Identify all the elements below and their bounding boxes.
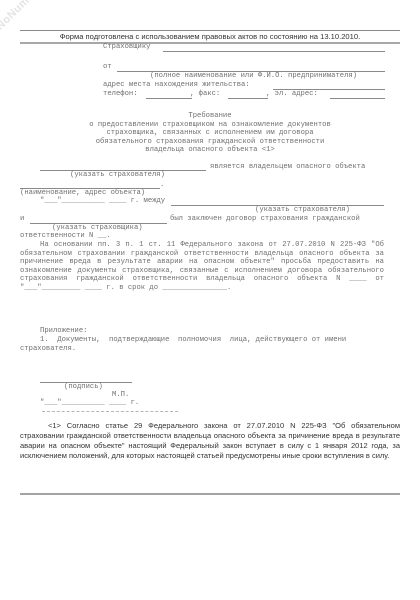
and-label: и: [20, 215, 24, 224]
watermark: NoNumber.ru: [0, 0, 56, 32]
signature-date[interactable]: "___"__________ ____ г.: [40, 399, 139, 408]
title-line-4: владельца опасного объекта <1>: [20, 146, 400, 155]
request-paragraph: На основании пп. 3 п. 1 ст. 11 Федеральн…: [20, 241, 384, 293]
email-label: , эл. адрес:: [266, 90, 318, 99]
policyholder-hint: (указать страхователя): [70, 171, 165, 180]
footnote-separator: [42, 411, 178, 412]
header-top-rule: [20, 30, 400, 31]
attachment-item-1-cont: страхователя.: [20, 345, 76, 354]
policyholder-hint-2: (указать страхователя): [255, 206, 350, 215]
header-notice: Форма подготовлена с использованием прав…: [20, 32, 400, 41]
bottom-rule: [20, 493, 400, 495]
phone-field[interactable]: [146, 98, 192, 99]
from-hint: (полное наименование или Ф.И.О. предприн…: [150, 72, 357, 81]
attachment-item-1: 1. Документы, подтверждающие полномочия …: [40, 336, 346, 345]
object-period: .: [160, 181, 164, 190]
contract-date[interactable]: "___"__________ ____ г. между: [40, 197, 165, 206]
address-label: адрес места нахождения жительства:: [103, 81, 250, 90]
to-label: Страховщику: [103, 43, 150, 52]
fax-field[interactable]: [228, 98, 268, 99]
title-line-2: страховщика, связанных с исполнением им …: [20, 129, 400, 138]
contract-text: был заключен договор страхования граждан…: [170, 215, 360, 224]
liability-text: ответственности N __.: [20, 232, 111, 241]
document-heading: Требование: [20, 112, 400, 121]
header-bottom-rule: [20, 42, 400, 44]
signature-hint: (подпись): [64, 383, 103, 392]
from-label: от: [103, 63, 112, 72]
email-field[interactable]: [330, 98, 385, 99]
attachment-label: Приложение:: [40, 327, 87, 336]
fax-label: , факс:: [190, 90, 220, 99]
phone-label: телефон:: [103, 90, 138, 99]
footnote: <1> Согласно статье 29 Федерального зако…: [20, 421, 400, 461]
owner-text: является владельцем опасного объекта: [210, 163, 365, 172]
insurer-name-field[interactable]: [163, 51, 385, 52]
